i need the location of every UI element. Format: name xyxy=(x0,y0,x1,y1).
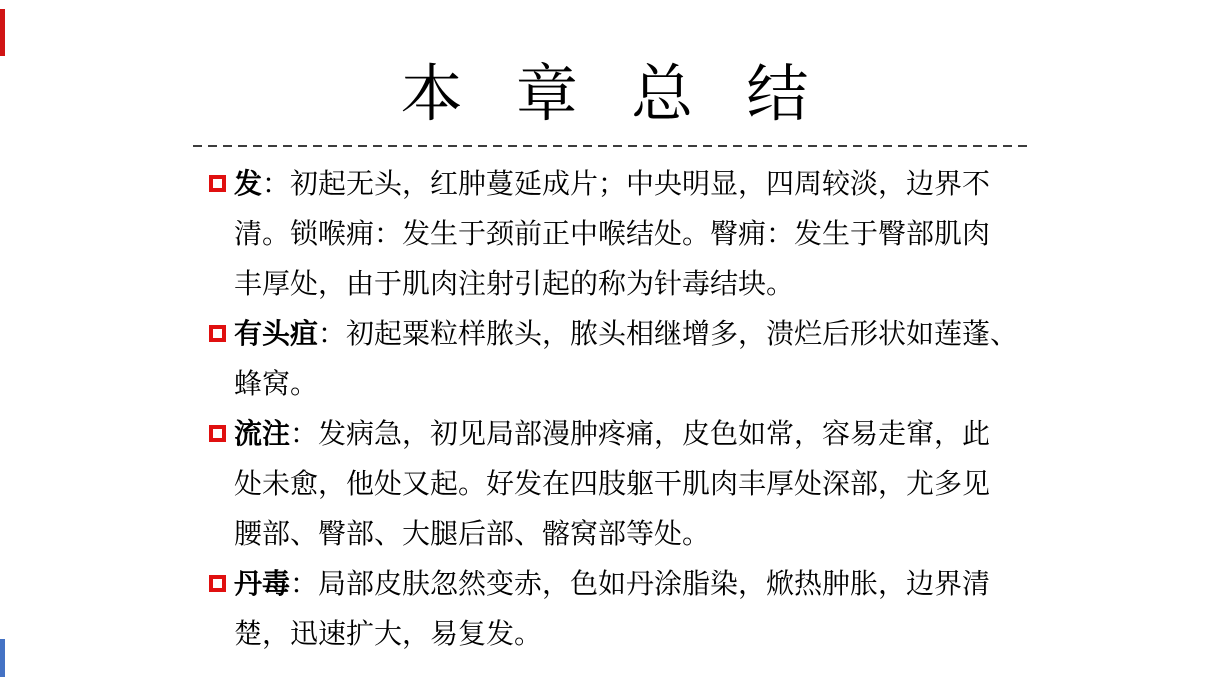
title-dashed-separator xyxy=(193,145,1031,147)
list-item-first-line: 发：初起无头，红肿蔓延成片；中央明显，四周较淡，边界不 xyxy=(234,159,1039,209)
term-label: 丹毒 xyxy=(234,568,290,599)
slide-canvas: 本 章 总 结 发：初起无头，红肿蔓延成片；中央明显，四周较淡，边界不 清。锁喉… xyxy=(0,0,1209,680)
list-item-lines: 流注：发病急，初见局部漫肿疼痛，皮色如常，容易走窜，此 处未愈，他处又起。好发在… xyxy=(234,409,1039,559)
list-item-first-line: 有头疽：初起粟粒样脓头，脓头相继增多，溃烂后形状如莲蓬、 xyxy=(234,309,1039,359)
term-colon: ： xyxy=(262,168,290,199)
list-item: 发：初起无头，红肿蔓延成片；中央明显，四周较淡，边界不 清。锁喉痈：发生于颈前正… xyxy=(209,159,1039,309)
line-text: 初起无头，红肿蔓延成片；中央明显，四周较淡，边界不 xyxy=(290,168,990,199)
bullet-square-icon xyxy=(209,425,226,442)
line-text: 发病急，初见局部漫肿疼痛，皮色如常，容易走窜，此 xyxy=(318,418,990,449)
list-item-line: 丰厚处，由于肌肉注射引起的称为针毒结块。 xyxy=(234,259,1039,309)
list-item-line: 清。锁喉痈：发生于颈前正中喉结处。臀痈：发生于臀部肌肉 xyxy=(234,209,1039,259)
list-item-lines: 发：初起无头，红肿蔓延成片；中央明显，四周较淡，边界不 清。锁喉痈：发生于颈前正… xyxy=(234,159,1039,309)
top-left-red-accent-bar xyxy=(0,9,5,56)
list-item-line: 腰部、臀部、大腿后部、髂窝部等处。 xyxy=(234,509,1039,559)
page-title: 本 章 总 结 xyxy=(0,60,1209,130)
list-item: 有头疽：初起粟粒样脓头，脓头相继增多，溃烂后形状如莲蓬、 蜂窝。 xyxy=(209,309,1039,409)
term-label: 流注 xyxy=(234,418,290,449)
list-item-line: 处未愈，他处又起。好发在四肢躯干肌肉丰厚处深部，尤多见 xyxy=(234,459,1039,509)
term-label: 有头疽 xyxy=(234,318,318,349)
bullet-square-icon xyxy=(209,575,226,592)
bullet-square-icon xyxy=(209,175,226,192)
list-item: 丹毒：局部皮肤忽然变赤，色如丹涂脂染，焮热肿胀，边界清 楚，迅速扩大，易复发。 xyxy=(209,559,1039,659)
term-colon: ： xyxy=(318,318,346,349)
term-label: 发 xyxy=(234,168,262,199)
term-colon: ： xyxy=(290,418,318,449)
list-item: 流注：发病急，初见局部漫肿疼痛，皮色如常，容易走窜，此 处未愈，他处又起。好发在… xyxy=(209,409,1039,559)
line-text: 局部皮肤忽然变赤，色如丹涂脂染，焮热肿胀，边界清 xyxy=(318,568,990,599)
list-item-first-line: 流注：发病急，初见局部漫肿疼痛，皮色如常，容易走窜，此 xyxy=(234,409,1039,459)
line-text: 初起粟粒样脓头，脓头相继增多，溃烂后形状如莲蓬、 xyxy=(346,318,1018,349)
list-item-line: 楚，迅速扩大，易复发。 xyxy=(234,609,1039,659)
bullet-list: 发：初起无头，红肿蔓延成片；中央明显，四周较淡，边界不 清。锁喉痈：发生于颈前正… xyxy=(209,159,1039,659)
list-item-lines: 有头疽：初起粟粒样脓头，脓头相继增多，溃烂后形状如莲蓬、 蜂窝。 xyxy=(234,309,1039,409)
list-item-first-line: 丹毒：局部皮肤忽然变赤，色如丹涂脂染，焮热肿胀，边界清 xyxy=(234,559,1039,609)
bottom-left-blue-accent-bar xyxy=(0,639,5,677)
list-item-line: 蜂窝。 xyxy=(234,359,1039,409)
list-item-lines: 丹毒：局部皮肤忽然变赤，色如丹涂脂染，焮热肿胀，边界清 楚，迅速扩大，易复发。 xyxy=(234,559,1039,659)
term-colon: ： xyxy=(290,568,318,599)
bullet-square-icon xyxy=(209,325,226,342)
